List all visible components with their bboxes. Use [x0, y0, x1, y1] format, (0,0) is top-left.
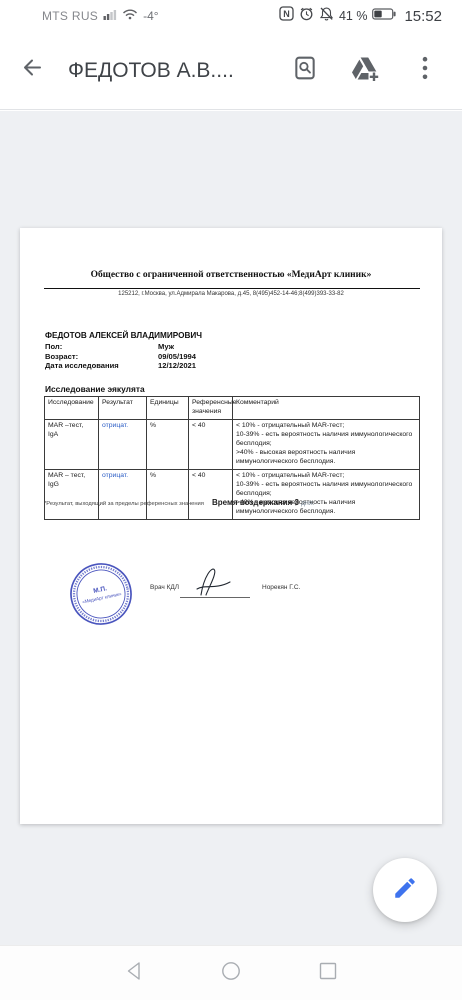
cell-test: MAR –тест, IgA — [45, 419, 99, 469]
table-header-row: Исследование Результат Единицы Референсн… — [45, 397, 420, 420]
organization-address: 125212, г.Москва, ул.Адмирала Макарова, … — [20, 291, 442, 297]
bell-muted-icon — [319, 6, 334, 26]
nav-home-button[interactable] — [220, 962, 242, 984]
document-viewer[interactable]: Общество с ограниченной ответственностью… — [0, 111, 462, 945]
cell-result: отрицат. — [99, 469, 147, 519]
nfc-icon: N — [279, 6, 294, 26]
find-in-document-icon — [292, 55, 318, 86]
organization-name: Общество с ограниченной ответственностью… — [20, 270, 442, 280]
battery-icon — [372, 7, 396, 25]
table-row: MAR – тест, IgG отрицат. % < 40 < 10% - … — [45, 469, 420, 519]
svg-text:М.П.: М.П. — [93, 585, 108, 595]
alarm-icon — [299, 6, 314, 26]
add-to-drive-icon — [350, 55, 380, 87]
nav-recents-button[interactable] — [317, 962, 339, 984]
find-in-document-button[interactable] — [282, 48, 328, 94]
status-bar: MTS RUS -4° N 41 % 15:52 — [0, 0, 462, 32]
cell-test: MAR – тест, IgG — [45, 469, 99, 519]
patient-field-age: Возраст: 09/05/1994 — [45, 352, 196, 361]
temperature-label: -4° — [143, 9, 158, 23]
cell-reference: < 40 — [189, 419, 233, 469]
back-button[interactable] — [10, 49, 54, 93]
cell-comment: < 10% - отрицательный MAR-тест; 10-39% -… — [233, 469, 420, 519]
back-arrow-icon — [19, 56, 45, 85]
more-options-icon — [422, 56, 428, 85]
nav-back-icon — [124, 960, 144, 987]
doctor-role-label: Врач КДЛ — [150, 584, 179, 591]
cell-reference: < 40 — [189, 469, 233, 519]
edit-fab-button[interactable] — [373, 858, 437, 922]
signal-icon — [103, 7, 117, 25]
nav-back-button[interactable] — [123, 962, 145, 984]
carrier-label: MTS RUS — [42, 9, 98, 23]
signature-line — [180, 597, 250, 598]
svg-text:N: N — [283, 9, 290, 19]
cell-units: % — [147, 469, 189, 519]
battery-percent-label: 41 % — [339, 9, 368, 23]
header-divider — [44, 288, 420, 289]
document-title: ФЕДОТОВ А.В.... — [68, 59, 282, 83]
app-bar: ФЕДОТОВ А.В.... — [0, 32, 462, 110]
abstinence-note: Время воздержания 3 дня. — [212, 498, 315, 507]
col-header-units: Единицы — [147, 397, 189, 420]
svg-text:«МедиАрт клиник»: «МедиАрт клиник» — [82, 591, 123, 605]
clinic-stamp: М.П. «МедиАрт клиник» — [68, 561, 134, 627]
col-header-comment: Комментарий — [233, 397, 420, 420]
doctor-name-label: Норекян Г.С. — [262, 584, 300, 591]
patient-name: ФЕДОТОВ АЛЕКСЕЙ ВЛАДИМИРОВИЧ — [45, 331, 202, 340]
overflow-menu-button[interactable] — [402, 48, 448, 94]
android-navigation-bar — [0, 945, 462, 1000]
section-title: Исследование эякулята — [45, 384, 145, 394]
nav-home-icon — [220, 960, 242, 987]
wifi-icon — [122, 7, 138, 25]
col-header-result: Результат — [99, 397, 147, 420]
edit-pencil-icon — [392, 875, 418, 906]
col-header-reference: Референсные значения — [189, 397, 233, 420]
col-header-test: Исследование — [45, 397, 99, 420]
add-to-drive-button[interactable] — [342, 48, 388, 94]
table-row: MAR –тест, IgA отрицат. % < 40 < 10% - о… — [45, 419, 420, 469]
signature-mark — [190, 564, 234, 605]
nav-recents-icon — [317, 960, 339, 987]
reference-footnote: *Результат, выходящий за пределы референ… — [44, 501, 204, 507]
document-page: Общество с ограниченной ответственностью… — [20, 228, 442, 824]
patient-field-study-date: Дата исследования 12/12/2021 — [45, 361, 196, 370]
patient-field-sex: Пол: Муж — [45, 342, 174, 351]
cell-result: отрицат. — [99, 419, 147, 469]
cell-units: % — [147, 419, 189, 469]
clock-label: 15:52 — [404, 8, 442, 25]
cell-comment: < 10% - отрицательный MAR-тест; 10-39% -… — [233, 419, 420, 469]
